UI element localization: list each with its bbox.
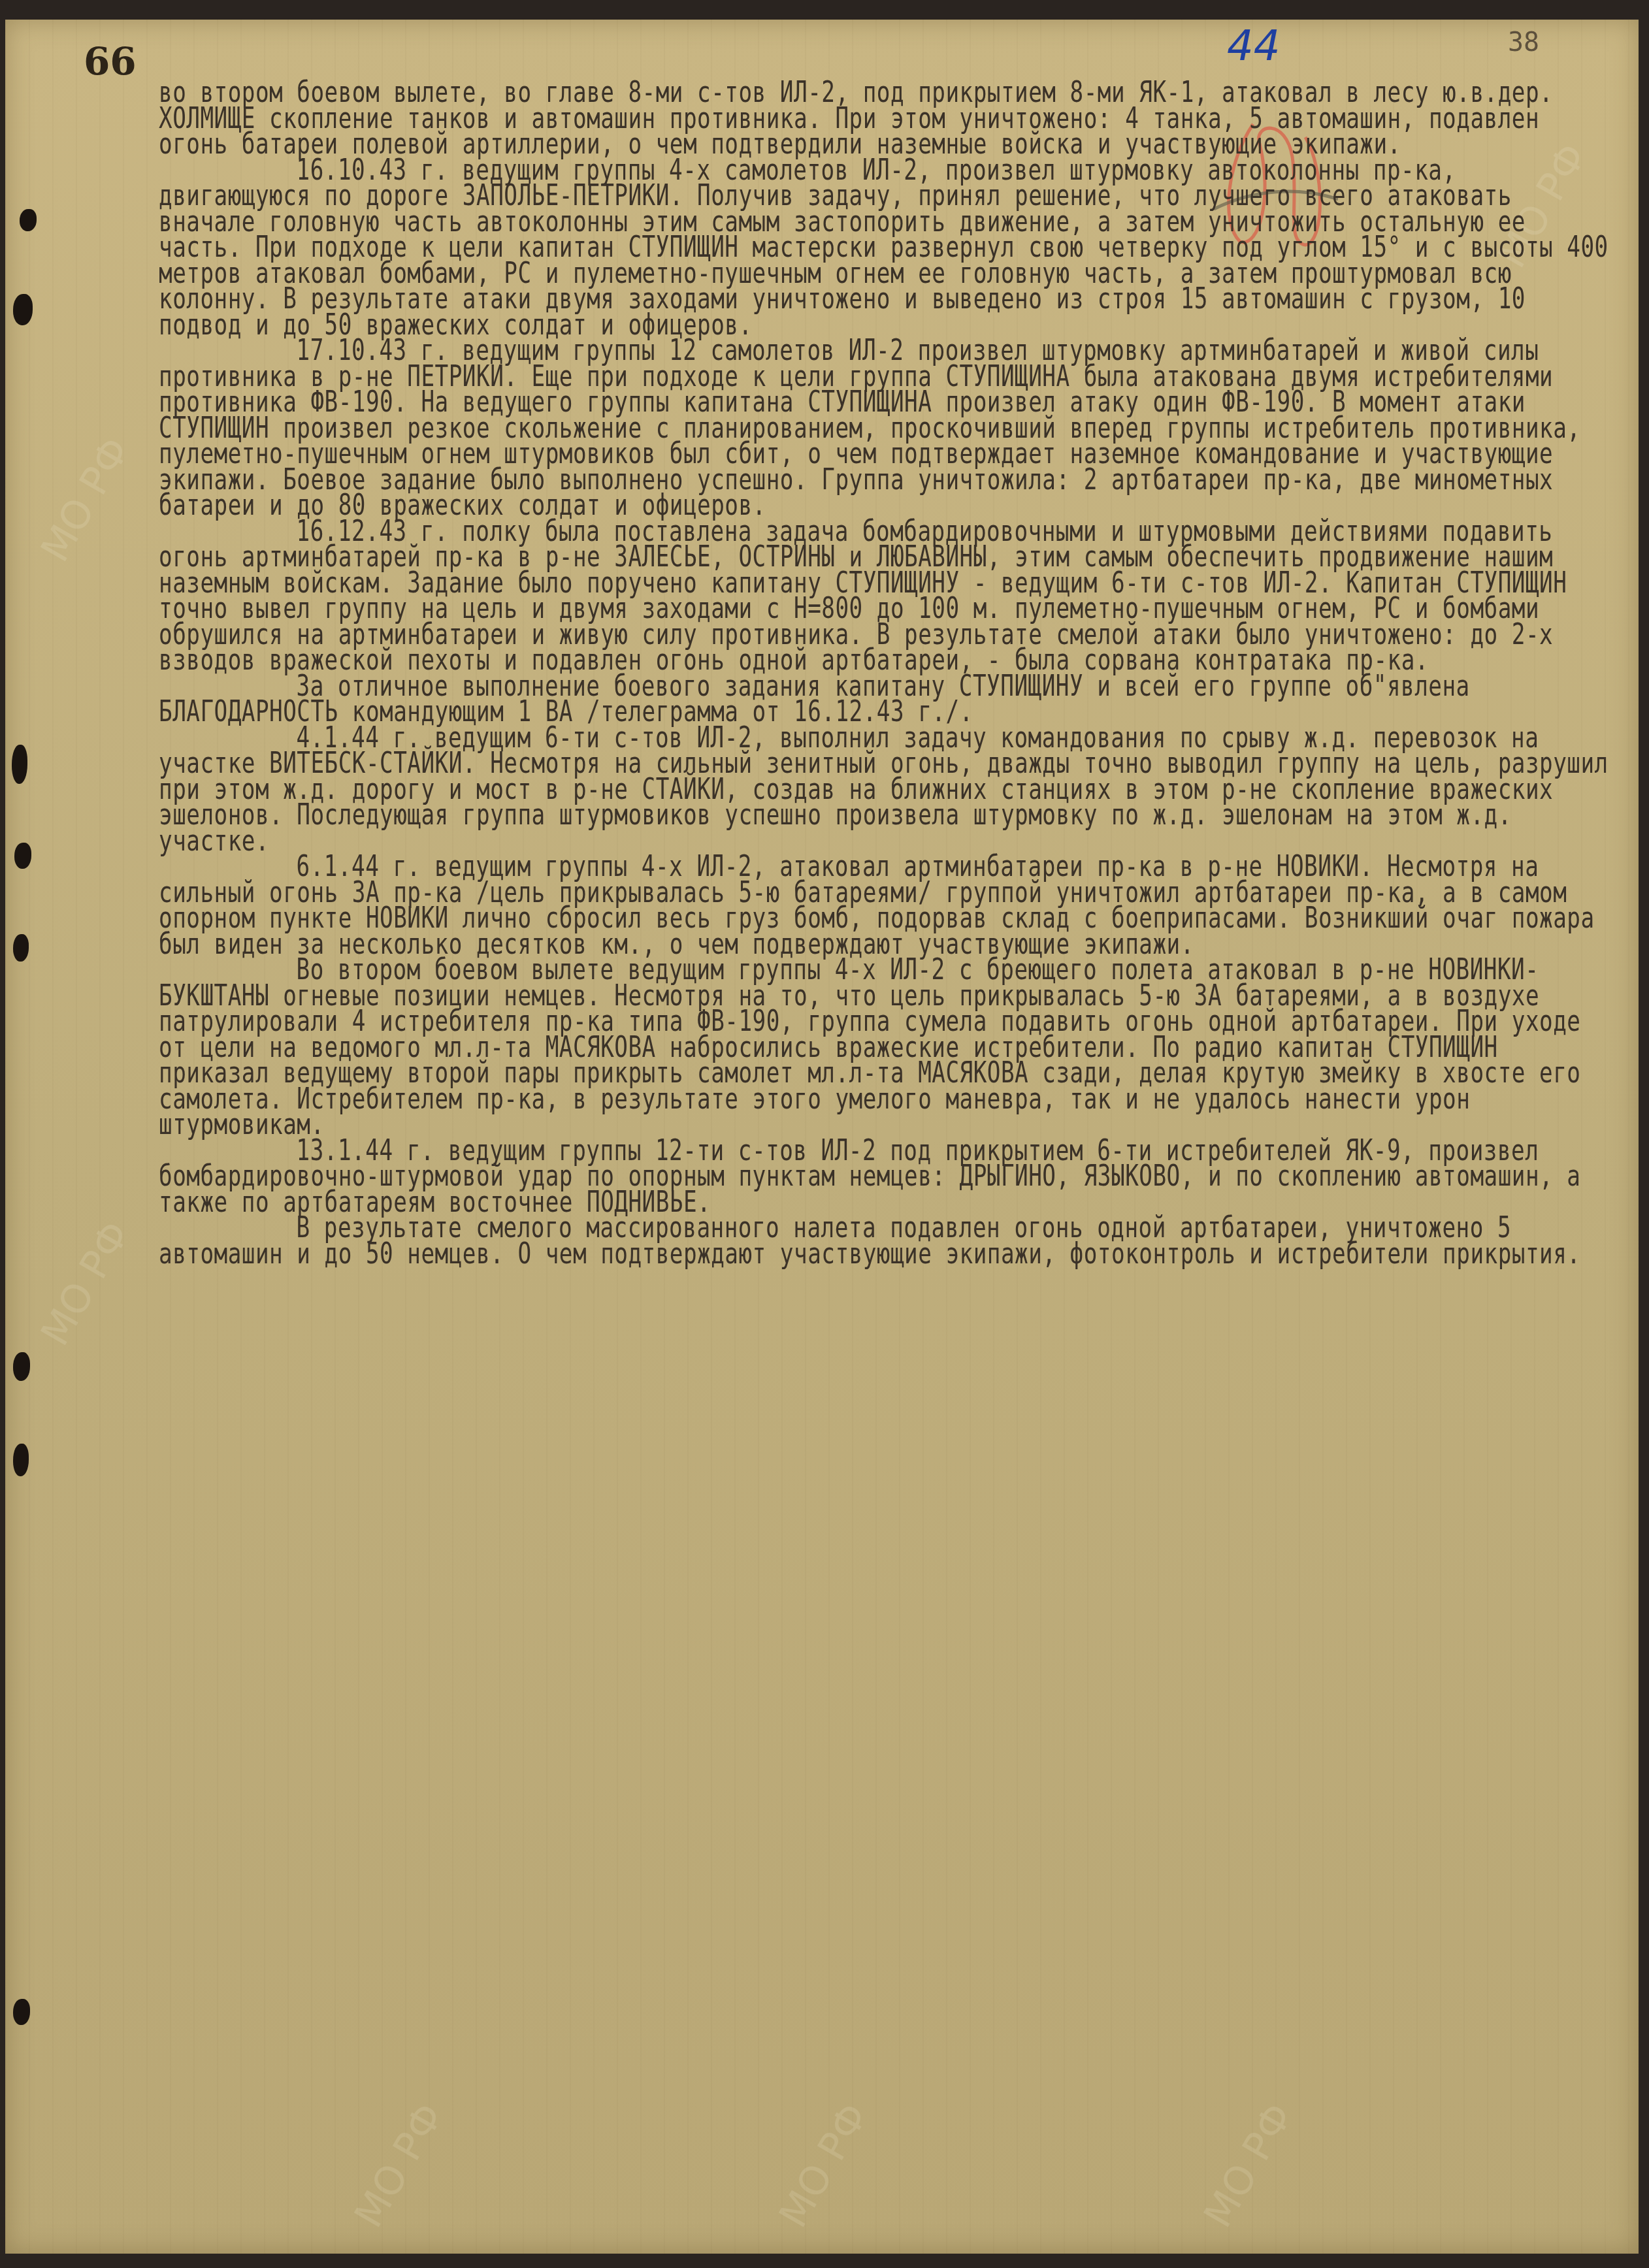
punch-hole [13,294,33,325]
paragraph: 4.1.44 г. ведущим 6-ти с-тов ИЛ-2, выпол… [159,725,1616,854]
punch-hole [14,843,31,869]
watermark: МО РФ [1195,2096,1302,2235]
page-number: 66 [84,39,137,84]
paragraph: 6.1.44 г. ведущим группы 4-х ИЛ-2, атако… [159,854,1616,957]
paragraph: 16.12.43 г. полку была поставлена задача… [159,519,1616,673]
typewritten-body: во втором боевом вылете, во главе 8-ми с… [159,80,1616,1267]
punch-hole [13,1999,30,2025]
watermark: МО РФ [770,2096,877,2235]
punch-hole [20,209,37,231]
punch-hole [13,934,29,962]
paragraph: 16.10.43 г. ведущим группы 4-х самолетов… [159,157,1616,338]
watermark: МО РФ [32,1214,139,1353]
watermark: МО РФ [346,2096,453,2235]
paragraph: во втором боевом вылете, во главе 8-ми с… [159,80,1616,157]
punch-hole [12,745,27,784]
paragraph: Во втором боевом вылете ведущим группы 4… [159,957,1616,1138]
paragraph: 13.1.44 г. ведущим группы 12-ти с-тов ИЛ… [159,1138,1616,1216]
paragraph: В результате смелого массированного нале… [159,1215,1616,1267]
punch-hole [13,1352,30,1381]
paragraph: 17.10.43 г. ведущим группы 12 самолетов … [159,338,1616,519]
punch-hole [13,1444,29,1476]
archive-sheet-number: 44 [1227,22,1280,71]
paragraph: За отличное выполнение боевого задания к… [159,673,1616,725]
corner-stamp-number: 38 [1508,27,1539,57]
document-page: МО РФ МО РФ МО РФ МО РФ МО РФ МО РФ 66 4… [5,20,1639,2254]
watermark: МО РФ [32,430,139,569]
